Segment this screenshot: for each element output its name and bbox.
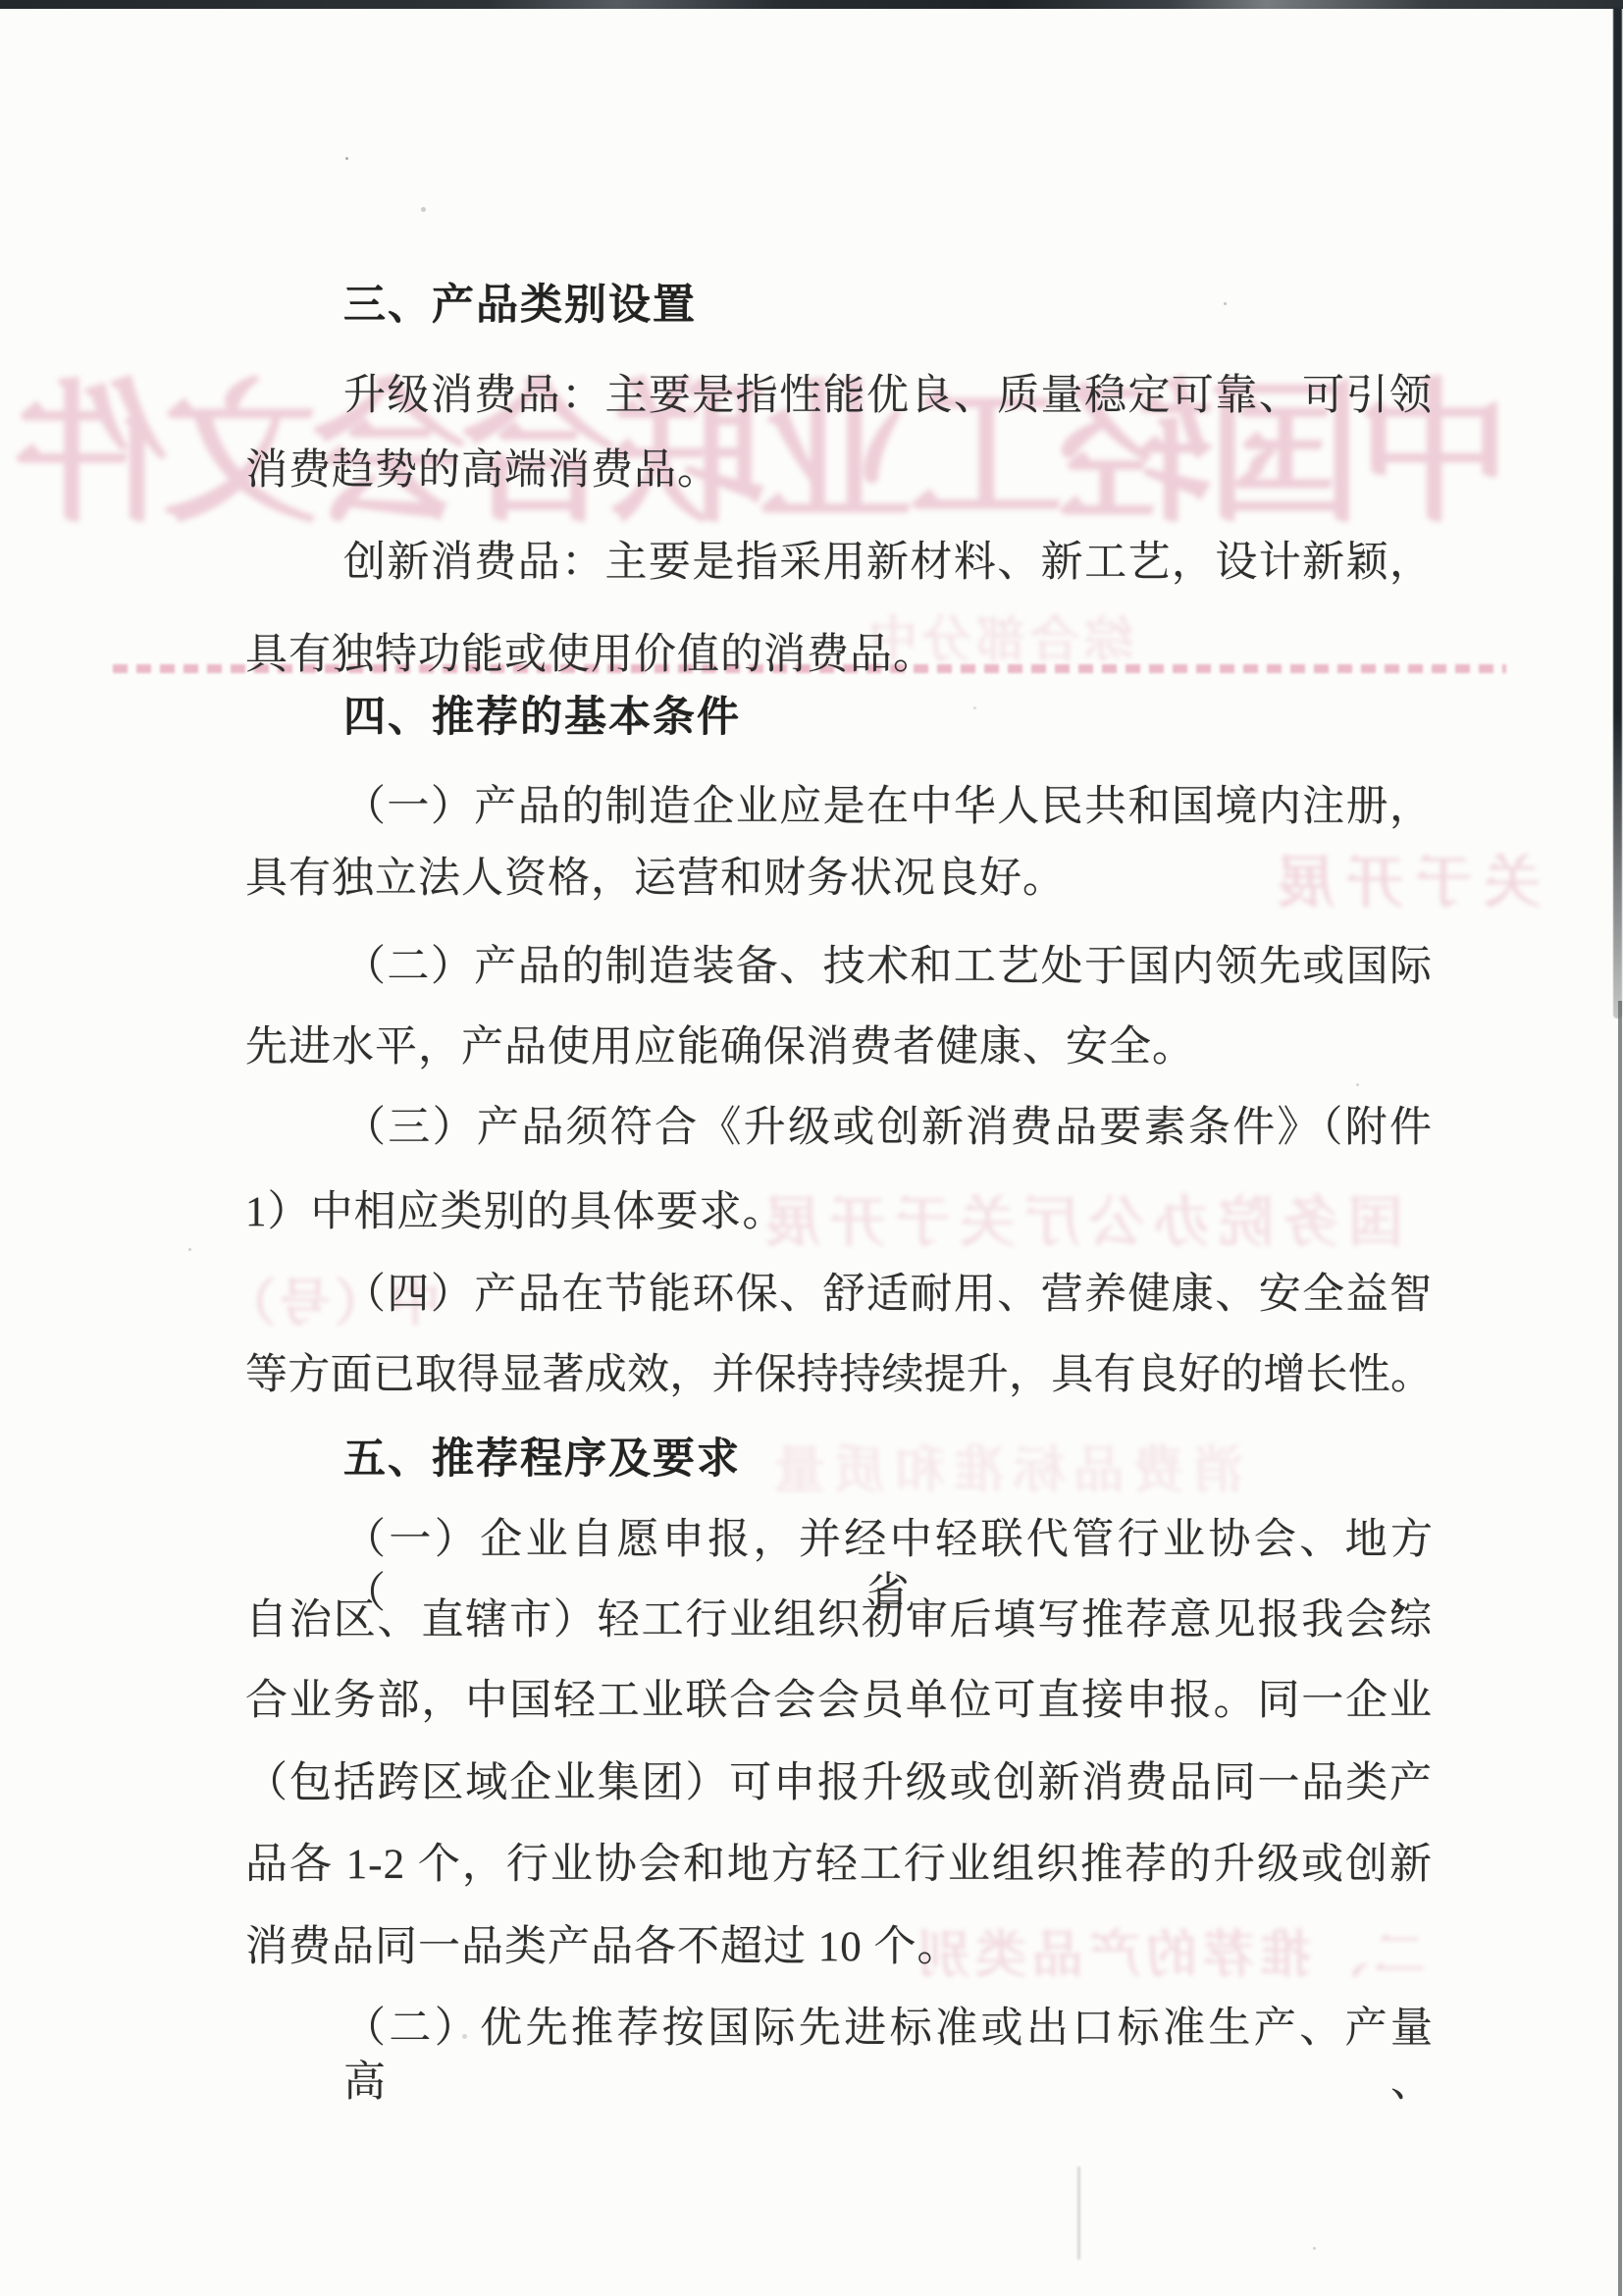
text-line: 自治区、直辖市）轻工行业组织初审后填写推荐意见报我会综 — [245, 1593, 1433, 1647]
text-line: （二）产品的制造装备、技术和工艺处于国内领先或国际 — [343, 940, 1433, 994]
text-line: 具有独特功能或使用价值的消费品。 — [245, 628, 1433, 682]
document-page: 中国轻工业联合会文件 综合部分中 关于开展 国务院办公厅关于开展 中（号） 消费… — [0, 0, 1623, 2296]
section-heading: 五、推荐程序及要求 — [343, 1433, 1433, 1487]
text-line: （三）产品须符合《升级或创新消费品要素条件》（附件 — [343, 1101, 1433, 1155]
section-heading: 四、推荐的基本条件 — [343, 691, 1433, 745]
text-line: （一）产品的制造企业应是在中华人民共和国境内注册， — [343, 780, 1433, 834]
scan-noise — [345, 157, 348, 160]
text-line: 等方面已取得显著成效，并保持持续提升，具有良好的增长性。 — [245, 1348, 1433, 1402]
text-line: 合业务部，中国轻工业联合会会员单位可直接申报。同一企业 — [245, 1674, 1433, 1728]
text-line: （二）优先推荐按国际先进标准或出口标准生产、产量高、 — [343, 2002, 1433, 2110]
section-heading: 三、产品类别设置 — [343, 279, 1433, 333]
text-line: 1）中相应类别的具体要求。 — [245, 1185, 1433, 1239]
text-line: 先进水平，产品使用应能确保消费者健康、安全。 — [245, 1020, 1433, 1074]
text-line: 创新消费品：主要是指采用新材料、新工艺，设计新颖， — [343, 536, 1433, 590]
text-line: 消费品同一品类产品各不超过 10 个。 — [245, 1920, 1433, 1974]
scanner-edge-right — [1613, 8, 1622, 1018]
text-line: （包括跨区域企业集团）可申报升级或创新消费品同一品类产 — [245, 1756, 1433, 1810]
scanner-edge-right-lower — [1618, 1001, 1622, 2296]
text-line: 消费趋势的高端消费品。 — [245, 444, 1433, 497]
text-line: 升级消费品：主要是指性能优良、质量稳定可靠、可引领 — [343, 369, 1433, 423]
text-line: 具有独立法人资格，运营和财务状况良好。 — [245, 852, 1433, 906]
bleed-through-letterhead-title: 中国轻工业联合会文件 — [118, 330, 1511, 552]
text-line: （四）产品在节能环保、舒适耐用、营养健康、安全益智 — [343, 1268, 1433, 1322]
scan-streak — [1077, 2166, 1080, 2260]
scanner-edge-top — [0, 0, 1623, 9]
text-line: 品各 1-2 个，行业协会和地方轻工行业组织推荐的升级或创新 — [245, 1838, 1433, 1892]
